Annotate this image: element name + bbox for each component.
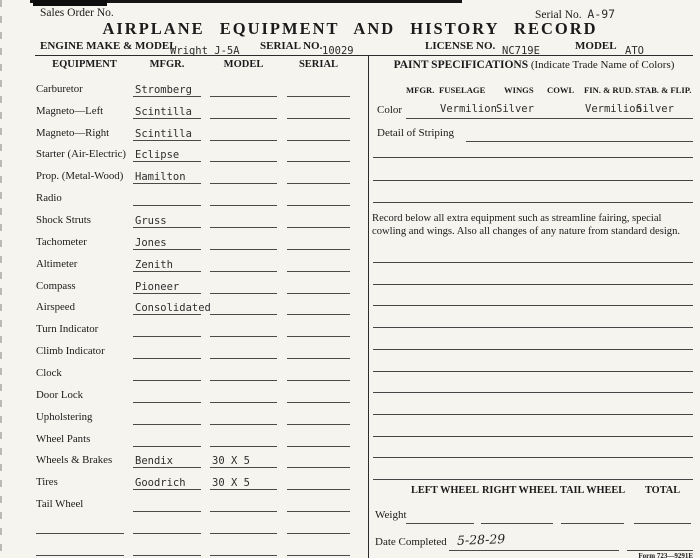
- mfgr-cell: Eclipse: [133, 146, 201, 162]
- mfgr-cell: [133, 431, 201, 447]
- model-cell: [210, 81, 277, 97]
- col-left-wheel: LEFT WHEEL: [411, 485, 479, 496]
- mfgr-value: Zenith: [133, 259, 173, 271]
- equipment-label: Altimeter: [36, 258, 133, 272]
- serial-cell: [287, 343, 350, 359]
- table-row: Wheel Pants: [36, 425, 350, 447]
- model-cell: [210, 234, 277, 250]
- blank-rule-line: [373, 436, 693, 437]
- table-row: Magneto—LeftScintilla: [36, 97, 350, 119]
- model-cell: [210, 190, 277, 206]
- equipment-label: Climb Indicator: [36, 345, 133, 359]
- equipment-label: Airspeed: [36, 301, 133, 315]
- equipment-label: Turn Indicator: [36, 323, 133, 337]
- equipment-label: Carburetor: [36, 83, 133, 97]
- serial-cell: [287, 256, 350, 272]
- serial-cell: [287, 190, 350, 206]
- equipment-label: Prop. (Metal-Wood): [36, 170, 133, 184]
- table-row: TiresGoodrich30 X 5: [36, 468, 350, 490]
- blank-rule-line: [373, 305, 693, 306]
- serial-cell: [287, 103, 350, 119]
- mfgr-cell: Bendix: [133, 452, 201, 468]
- color-value-fin-rud: Vermilion: [585, 103, 642, 115]
- blank-rule-line: [373, 457, 693, 458]
- serial-cell: [287, 496, 350, 512]
- blank-rule-line: [373, 180, 693, 181]
- paint-specifications-panel: PAINT SPECIFICATIONS (Indicate Trade Nam…: [369, 55, 699, 558]
- serial-cell: [287, 234, 350, 250]
- blank-rule-line: [373, 479, 693, 480]
- mfgr-value: Eclipse: [133, 149, 179, 161]
- model-cell: [210, 256, 277, 272]
- date-fill-line: [449, 550, 619, 551]
- table-row: CompassPioneer: [36, 272, 350, 294]
- paint-col-wings: WINGS: [504, 85, 534, 95]
- equipment-label: Tail Wheel: [36, 498, 133, 512]
- mfgr-cell: [133, 387, 201, 403]
- mfgr-value: Jones: [133, 237, 167, 249]
- model-cell: [210, 125, 277, 141]
- equipment-label: Magneto—Left: [36, 105, 133, 119]
- serial-cell: [287, 125, 350, 141]
- serial-cell: [287, 278, 350, 294]
- equipment-label: Compass: [36, 280, 133, 294]
- color-label: Color: [377, 104, 402, 116]
- serial-cell: [287, 299, 350, 315]
- model-cell: 30 X 5: [210, 452, 277, 468]
- equipment-label: Tires: [36, 476, 133, 490]
- col-model: MODEL: [210, 59, 277, 70]
- mfgr-value: Bendix: [133, 455, 173, 467]
- serial-cell: [287, 452, 350, 468]
- mfgr-value: Goodrich: [133, 477, 186, 489]
- serial-cell: [287, 365, 350, 381]
- date-completed-label: Date Completed: [375, 536, 447, 548]
- model-cell: [210, 343, 277, 359]
- serial-no-label: SERIAL NO.: [260, 40, 322, 52]
- blank-rule-line: [373, 327, 693, 328]
- model-cell: [210, 146, 277, 162]
- table-row: Prop. (Metal-Wood)Hamilton: [36, 162, 350, 184]
- equipment-label: Wheel Pants: [36, 433, 133, 447]
- mfgr-cell: Gruss: [133, 212, 201, 228]
- mfgr-cell: [133, 321, 201, 337]
- mfgr-value: Scintilla: [133, 128, 192, 140]
- paint-title: PAINT SPECIFICATIONS (Indicate Trade Nam…: [369, 59, 699, 71]
- mfgr-cell: [133, 540, 201, 556]
- table-row: Upholstering: [36, 403, 350, 425]
- extra-equipment-note: Record below all extra equipment such as…: [372, 213, 694, 239]
- model-label: MODEL: [575, 40, 617, 52]
- col-right-wheel: RIGHT WHEEL: [482, 485, 557, 496]
- model-value: 30 X 5: [210, 455, 250, 467]
- mfgr-cell: Hamilton: [133, 168, 201, 184]
- color-fill-line: [406, 118, 693, 119]
- blank-rule-line: [373, 349, 693, 350]
- mfgr-cell: [133, 409, 201, 425]
- paint-title-main: PAINT SPECIFICATIONS: [394, 59, 529, 71]
- mfgr-cell: Consolidated: [133, 299, 201, 315]
- serial-cell: [287, 431, 350, 447]
- mfgr-cell: [133, 190, 201, 206]
- table-row: [36, 534, 350, 556]
- table-row: Turn Indicator: [36, 315, 350, 337]
- equipment-table-header: EQUIPMENT MFGR. MODEL SERIAL: [36, 59, 350, 70]
- table-row: CarburetorStromberg: [36, 75, 350, 97]
- mfgr-cell: [133, 518, 201, 534]
- equipment-rows: CarburetorStrombergMagneto—LeftScintilla…: [36, 75, 350, 556]
- model-cell: [210, 212, 277, 228]
- table-row: AltimeterZenith: [36, 250, 350, 272]
- blank-rule-line: [373, 392, 693, 393]
- model-cell: [210, 431, 277, 447]
- scan-artifact-left-edge: [0, 0, 2, 558]
- paint-title-sub: (Indicate Trade Name of Colors): [531, 59, 675, 71]
- mfgr-cell: Goodrich: [133, 474, 201, 490]
- serial-cell: [287, 321, 350, 337]
- model-cell: [210, 518, 277, 534]
- table-row: AirspeedConsolidated: [36, 294, 350, 316]
- weight-line-total: [634, 523, 691, 524]
- equipment-label: Radio: [36, 192, 133, 206]
- equipment-label: Wheels & Brakes: [36, 454, 133, 468]
- mfgr-cell: [133, 343, 201, 359]
- equipment-label: Tachometer: [36, 236, 133, 250]
- table-row: Radio: [36, 184, 350, 206]
- model-cell: [210, 299, 277, 315]
- date-fill-line-2: [627, 550, 693, 551]
- weight-label: Weight: [375, 509, 407, 521]
- paint-col-cowl: COWL: [547, 85, 574, 95]
- airplane-equipment-record-form: Sales Order No. Serial No. A-97 AIRPLANE…: [0, 0, 700, 558]
- blank-rule-line: [373, 157, 693, 158]
- mfgr-value: Scintilla: [133, 106, 192, 118]
- mfgr-value: Hamilton: [133, 171, 186, 183]
- mfgr-value: Gruss: [133, 215, 167, 227]
- date-completed-row: Date Completed 5-28-29: [369, 532, 699, 552]
- model-cell: [210, 409, 277, 425]
- equipment-label: Shock Struts: [36, 214, 133, 228]
- table-row: Starter (Air-Electric)Eclipse: [36, 141, 350, 163]
- serial-cell: [287, 168, 350, 184]
- mfgr-cell: Jones: [133, 234, 201, 250]
- form-number: Form 723—9291E: [369, 552, 693, 558]
- mfgr-cell: Stromberg: [133, 81, 201, 97]
- blank-rule-line: [373, 202, 693, 203]
- equipment-label: Upholstering: [36, 411, 133, 425]
- equipment-label: Clock: [36, 367, 133, 381]
- date-completed-value: 5-28-29: [457, 531, 506, 548]
- serial-cell: [287, 540, 350, 556]
- mfgr-value: Pioneer: [133, 281, 179, 293]
- paint-col-fuselage: FUSELAGE: [439, 85, 485, 95]
- engine-make-label: ENGINE MAKE & MODEL: [40, 40, 177, 52]
- equipment-label: [36, 554, 124, 556]
- paint-col-mfgr: MFGR.: [406, 85, 434, 95]
- model-cell: [210, 168, 277, 184]
- serial-cell: [287, 81, 350, 97]
- col-equipment: EQUIPMENT: [36, 59, 133, 70]
- weight-line-right-wheel: [481, 523, 553, 524]
- col-total: TOTAL: [645, 485, 680, 496]
- blank-rule-line: [373, 284, 693, 285]
- serial-cell: [287, 474, 350, 490]
- col-tail-wheel: TAIL WHEEL: [560, 485, 625, 496]
- model-cell: [210, 278, 277, 294]
- scan-artifact-top-blob: [33, 0, 107, 6]
- license-no-label: LICENSE NO.: [425, 40, 495, 52]
- color-value-fuselage: Vermilion: [440, 103, 497, 115]
- color-value-stab-flip: Silver: [636, 103, 674, 115]
- striping-row: Detail of Striping: [369, 125, 699, 143]
- striping-label: Detail of Striping: [377, 127, 454, 139]
- equipment-label: Magneto—Right: [36, 127, 133, 141]
- color-row: Color Vermilion Silver Vermilion Silver: [369, 102, 699, 120]
- serial-cell: [287, 212, 350, 228]
- mfgr-cell: [133, 365, 201, 381]
- color-value-wings: Silver: [496, 103, 534, 115]
- weight-line-tail-wheel: [561, 523, 624, 524]
- blank-rule-line: [373, 414, 693, 415]
- table-row: Magneto—RightScintilla: [36, 119, 350, 141]
- blank-rule-line: [373, 371, 693, 372]
- equipment-label: [36, 532, 124, 534]
- serial-cell: [287, 518, 350, 534]
- table-row: Clock: [36, 359, 350, 381]
- mfgr-value: Consolidated: [133, 302, 211, 314]
- model-cell: 30 X 5: [210, 474, 277, 490]
- striping-fill-line: [466, 141, 693, 142]
- serial-cell: [287, 409, 350, 425]
- mfgr-cell: Zenith: [133, 256, 201, 272]
- mfgr-cell: Pioneer: [133, 278, 201, 294]
- weight-row: Weight: [369, 507, 699, 525]
- table-row: Shock StrutsGruss: [36, 206, 350, 228]
- mfgr-cell: Scintilla: [133, 103, 201, 119]
- table-row: Climb Indicator: [36, 337, 350, 359]
- model-cell: [210, 321, 277, 337]
- model-cell: [210, 496, 277, 512]
- table-row: [36, 512, 350, 534]
- sales-order-label: Sales Order No.: [40, 7, 114, 19]
- table-row: Door Lock: [36, 381, 350, 403]
- model-value: 30 X 5: [210, 477, 250, 489]
- mfgr-value: Stromberg: [133, 84, 192, 96]
- mfgr-cell: [133, 496, 201, 512]
- equipment-label: Starter (Air-Electric): [36, 148, 133, 162]
- col-serial: SERIAL: [287, 59, 350, 70]
- page-title: AIRPLANE EQUIPMENT AND HISTORY RECORD: [0, 19, 700, 39]
- weight-line-left-wheel: [406, 523, 474, 524]
- model-cell: [210, 103, 277, 119]
- serial-cell: [287, 387, 350, 403]
- col-mfgr: MFGR.: [133, 59, 201, 70]
- model-cell: [210, 540, 277, 556]
- paint-col-fin-rud: FIN. & RUD.: [584, 85, 633, 95]
- equipment-label: Door Lock: [36, 389, 133, 403]
- model-cell: [210, 365, 277, 381]
- serial-cell: [287, 146, 350, 162]
- model-cell: [210, 387, 277, 403]
- paint-col-stab-flip: STAB. & FLIP.: [635, 85, 691, 95]
- blank-rule-line: [373, 262, 693, 263]
- table-row: Wheels & BrakesBendix30 X 5: [36, 447, 350, 469]
- table-row: TachometerJones: [36, 228, 350, 250]
- mfgr-cell: Scintilla: [133, 125, 201, 141]
- table-row: Tail Wheel: [36, 490, 350, 512]
